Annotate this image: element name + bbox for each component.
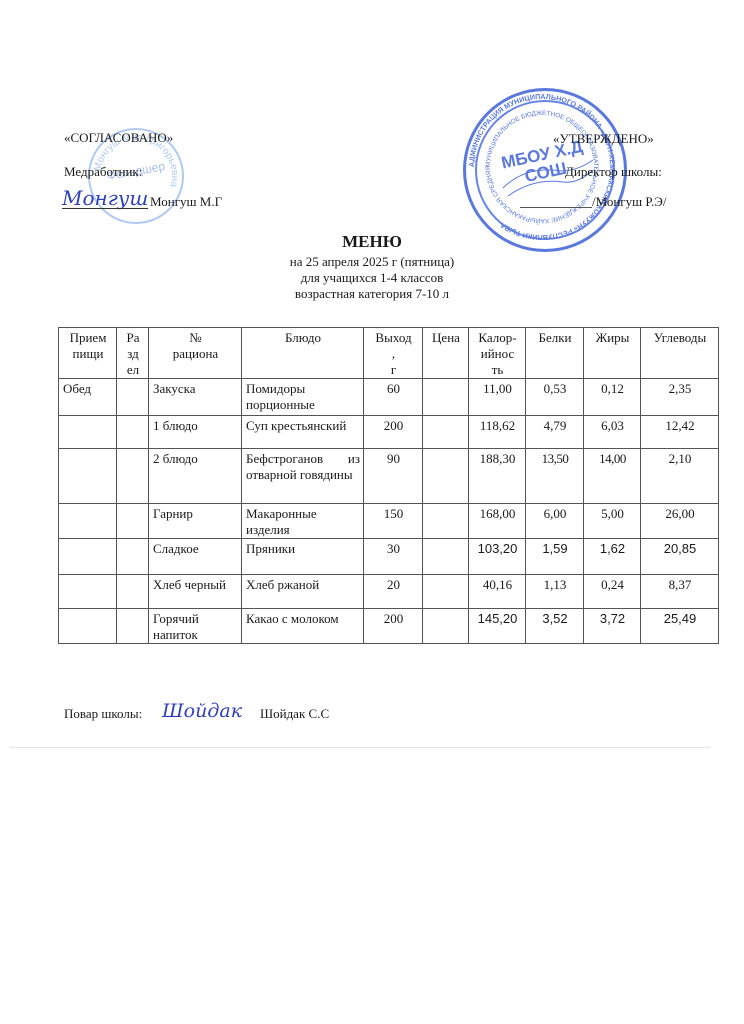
cell-fat: 0,12 (584, 379, 641, 416)
cell-section (117, 609, 149, 644)
cell-dish: Хлеб ржаной (242, 575, 364, 609)
cell-meal (59, 449, 117, 504)
scan-artifact-line (10, 747, 710, 748)
table-row: Горячий напитокКакао с молоком200145,203… (59, 609, 719, 644)
cell-fat: 1,62 (584, 539, 641, 575)
cell-yield: 200 (364, 609, 423, 644)
cell-dish: Помидоры порционные (242, 379, 364, 416)
cell-carbs: 8,37 (641, 575, 719, 609)
cell-carbs: 26,00 (641, 504, 719, 539)
medic-signature-line (62, 208, 148, 209)
cell-price (423, 539, 469, 575)
director-signature-line (520, 207, 592, 208)
menu-age-category: возрастная категория 7-10 л (0, 286, 744, 302)
cell-dish: Пряники (242, 539, 364, 575)
cell-calories: 145,20 (469, 609, 526, 644)
footer-name: Шойдак С.С (260, 706, 329, 722)
cell-protein: 0,53 (526, 379, 584, 416)
cell-section (117, 575, 149, 609)
cell-meal (59, 504, 117, 539)
cell-yield: 150 (364, 504, 423, 539)
cell-calories: 168,00 (469, 504, 526, 539)
cell-meal (59, 609, 117, 644)
medic-signature: Монгуш (62, 186, 148, 210)
menu-date: на 25 апреля 2025 г (пятница) (0, 254, 744, 270)
menu-audience: для учащихся 1-4 классов (0, 270, 744, 286)
table-row: СладкоеПряники30103,201,591,6220,85 (59, 539, 719, 575)
cell-ration: Закуска (149, 379, 242, 416)
cell-dish: Бефстроганов из отварной говядины (242, 449, 364, 504)
table-header-row: ПриемпищиРаздел№рационаБлюдоВыход,гЦенаК… (59, 328, 719, 379)
column-header: Цена (423, 328, 469, 379)
cell-protein: 13,50 (526, 449, 584, 504)
column-header: Раздел (117, 328, 149, 379)
cell-calories: 188,30 (469, 449, 526, 504)
cell-calories: 11,00 (469, 379, 526, 416)
cell-section (117, 539, 149, 575)
cell-ration: Сладкое (149, 539, 242, 575)
cell-meal (59, 416, 117, 449)
page-title: МЕНЮ (0, 232, 744, 252)
column-header: Белки (526, 328, 584, 379)
menu-table: ПриемпищиРаздел№рационаБлюдоВыход,гЦенаК… (58, 327, 719, 644)
cell-calories: 118,62 (469, 416, 526, 449)
cell-section (117, 449, 149, 504)
cell-ration: 1 блюдо (149, 416, 242, 449)
cell-yield: 90 (364, 449, 423, 504)
cell-section (117, 416, 149, 449)
cell-price (423, 449, 469, 504)
cell-price (423, 575, 469, 609)
cell-carbs: 12,42 (641, 416, 719, 449)
cell-yield: 20 (364, 575, 423, 609)
cell-carbs: 2,10 (641, 449, 719, 504)
approval-right-name: /Монгуш Р.Э/ (592, 194, 666, 210)
column-header: Приемпищи (59, 328, 117, 379)
column-header: Жиры (584, 328, 641, 379)
footer-role: Повар школы: (64, 706, 142, 722)
table-row: ГарнирМакаронные изделия150168,006,005,0… (59, 504, 719, 539)
table-row: ОбедЗакускаПомидоры порционные6011,000,5… (59, 379, 719, 416)
cell-protein: 3,52 (526, 609, 584, 644)
column-header: Выход,г (364, 328, 423, 379)
cell-carbs: 2,35 (641, 379, 719, 416)
cell-calories: 40,16 (469, 575, 526, 609)
cell-carbs: 25,49 (641, 609, 719, 644)
cell-yield: 30 (364, 539, 423, 575)
cell-yield: 60 (364, 379, 423, 416)
cell-protein: 6,00 (526, 504, 584, 539)
cell-price (423, 609, 469, 644)
cell-calories: 103,20 (469, 539, 526, 575)
column-header: №рациона (149, 328, 242, 379)
cell-ration: 2 блюдо (149, 449, 242, 504)
approval-left-heading: «СОГЛАСОВАНО» (64, 130, 173, 146)
cell-meal (59, 575, 117, 609)
cell-fat: 5,00 (584, 504, 641, 539)
table-body: ОбедЗакускаПомидоры порционные6011,000,5… (59, 379, 719, 644)
cell-fat: 0,24 (584, 575, 641, 609)
table-row: 2 блюдоБефстроганов из отварной говядины… (59, 449, 719, 504)
table-row: 1 блюдоСуп крестьянский200118,624,796,03… (59, 416, 719, 449)
cell-protein: 4,79 (526, 416, 584, 449)
cell-dish: Суп крестьянский (242, 416, 364, 449)
cell-price (423, 416, 469, 449)
cell-carbs: 20,85 (641, 539, 719, 575)
cook-signature: Шойдак (162, 700, 242, 722)
cell-price (423, 379, 469, 416)
cell-dish: Макаронные изделия (242, 504, 364, 539)
cell-meal: Обед (59, 379, 117, 416)
cell-dish: Какао с молоком (242, 609, 364, 644)
cell-fat: 3,72 (584, 609, 641, 644)
cell-ration: Горячий напиток (149, 609, 242, 644)
column-header: Углеводы (641, 328, 719, 379)
approval-right-heading: «УТВЕРЖДЕНО» (553, 131, 654, 147)
table-row: Хлеб черныйХлеб ржаной2040,161,130,248,3… (59, 575, 719, 609)
column-header: Калор-ийность (469, 328, 526, 379)
column-header: Блюдо (242, 328, 364, 379)
cell-meal (59, 539, 117, 575)
approval-right-role: Директор школы: (565, 164, 662, 180)
cell-yield: 200 (364, 416, 423, 449)
cell-fat: 6,03 (584, 416, 641, 449)
cell-fat: 14,00 (584, 449, 641, 504)
cell-ration: Гарнир (149, 504, 242, 539)
cell-price (423, 504, 469, 539)
cell-protein: 1,59 (526, 539, 584, 575)
approval-left-name: Монгуш М.Г (150, 194, 222, 210)
cell-protein: 1,13 (526, 575, 584, 609)
approval-left-role: Медработник: (64, 164, 142, 180)
cell-section (117, 379, 149, 416)
cell-ration: Хлеб черный (149, 575, 242, 609)
cell-section (117, 504, 149, 539)
